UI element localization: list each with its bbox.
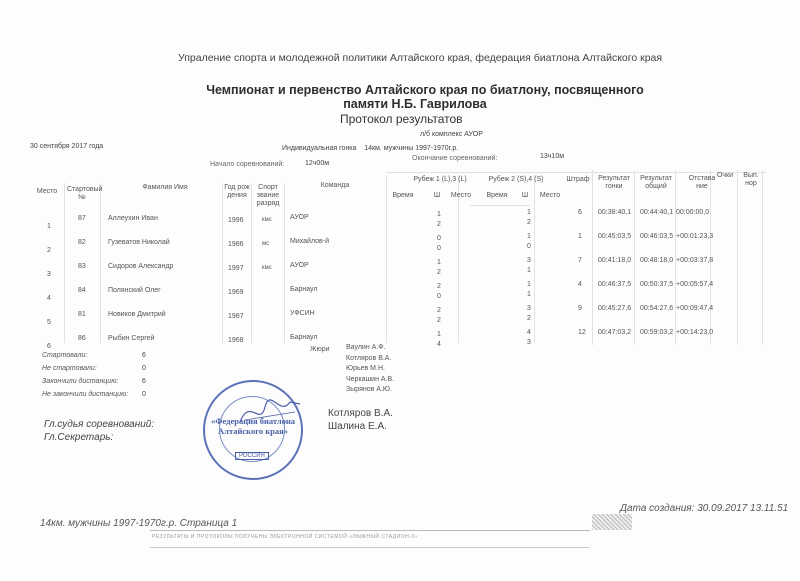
race-description: Индивидуальная гонка 14км. мужчины 1997-… (282, 145, 458, 152)
cell-team: Барнаул (290, 286, 318, 293)
cell-bib: 81 (78, 311, 86, 318)
software-logo-icon (592, 514, 632, 530)
cell-range1-misses: 0 (437, 235, 441, 242)
cell-total-result: 00:46:03,5 (640, 233, 673, 240)
creation-date: Дата создания: 30.09.2017 13.11.51 (620, 503, 788, 514)
cell-range1-misses: 2 (437, 269, 441, 276)
cell-gap: +00:05:57,4 (676, 281, 713, 288)
cell-gap: +00:09:47,4 (676, 305, 713, 312)
cell-range1-misses: 4 (437, 341, 441, 348)
chief-judge-name: Котляров В.А. (328, 407, 393, 420)
title-line-2: памяти Н.Б. Гаврилова (30, 97, 800, 111)
venue: л/б комплекс АУОР (420, 131, 483, 138)
jury-member: Ваулин А.Ф. (346, 343, 394, 354)
header-range1-place: Место (446, 192, 476, 200)
stat-label: Не стартовали: (42, 365, 97, 372)
cell-range2-misses: 3 (527, 257, 531, 264)
cell-range1-misses: 2 (437, 307, 441, 314)
cell-place: 5 (47, 319, 51, 326)
cell-place: 6 (47, 343, 51, 350)
header-team: Команда (290, 182, 380, 190)
document-title: Чемпионат и первенство Алтайского края п… (0, 83, 800, 111)
software-line: РЕЗУЛЬТАТЫ И ПРОТОКОЛЫ ПОЛУЧЕНЫ ЭЛЕКТРОН… (152, 534, 418, 540)
header-range-1: Рубеж 1 (L),3 (L) (400, 176, 480, 184)
header-place: Место (30, 188, 64, 196)
cell-birth-year: 1986 (228, 241, 244, 248)
cell-race-result: 00:38:40,1 (598, 209, 631, 216)
cell-place: 3 (47, 271, 51, 278)
header-bib: Стартовый № (67, 186, 97, 202)
cell-bib: 82 (78, 239, 86, 246)
cell-bib: 84 (78, 287, 86, 294)
title-line-1: Чемпионат и первенство Алтайского края п… (50, 83, 800, 97)
cell-name: Гузеватов Николай (108, 239, 170, 246)
cell-range2-misses: 4 (527, 329, 531, 336)
stat-label: Стартовали: (42, 352, 87, 359)
cell-birth-year: 1997 (228, 265, 244, 272)
jury-member: Черкашин А.В. (346, 375, 394, 386)
cell-range2-misses: 1 (527, 291, 531, 298)
cell-range1-misses: 1 (437, 211, 441, 218)
cell-penalty: 6 (578, 209, 582, 216)
cell-rank: мс (262, 241, 269, 247)
cell-race-result: 00:46:37,5 (598, 281, 631, 288)
start-value: 12ч00м (305, 160, 329, 167)
cell-range2-misses: 0 (527, 243, 531, 250)
stat-value: 6 (142, 378, 146, 385)
stat-value: 0 (142, 391, 146, 398)
stamp-country: РОССИЯ (235, 452, 269, 460)
cell-place: 1 (47, 223, 51, 230)
cell-race-result: 00:41:18,0 (598, 257, 631, 264)
header-range-2: Рубеж 2 (S),4 (S) (476, 176, 556, 184)
cell-name: Полянский Олег (108, 287, 161, 294)
stat-value: 0 (142, 365, 146, 372)
header-rank: Спорт звание разряд (253, 184, 283, 208)
header-range2-misses: Ш (520, 192, 530, 200)
cell-penalty: 1 (578, 233, 582, 240)
cell-name: Рыбин Сергей (108, 335, 154, 342)
cell-rank: кмс (262, 265, 272, 271)
cell-range2-misses: 1 (527, 281, 531, 288)
cell-penalty: 7 (578, 257, 582, 264)
cell-total-result: 00:48:18,0 (640, 257, 673, 264)
jury-member: Юрьев М.Н. (346, 364, 394, 375)
event-date: 30 сентября 2017 года (30, 143, 103, 150)
cell-place: 2 (47, 247, 51, 254)
cell-range1-misses: 1 (437, 259, 441, 266)
cell-range2-misses: 3 (527, 339, 531, 346)
header-total-result: Результат общий (636, 175, 676, 191)
secretary-name: Шалина Е.А. (328, 420, 387, 433)
jury-member: Котляров В.А. (346, 354, 394, 365)
cell-range2-misses: 2 (527, 219, 531, 226)
cell-range1-misses: 2 (437, 221, 441, 228)
jury-label: Жюри (310, 345, 330, 356)
cell-team: УФСИН (290, 310, 315, 317)
cell-total-result: 00:44:40,1 (640, 209, 673, 216)
cell-range2-misses: 1 (527, 233, 531, 240)
cell-name: Аллеухин Иван (108, 215, 158, 222)
cell-race-result: 00:45:27,6 (598, 305, 631, 312)
cell-place: 4 (47, 295, 51, 302)
cell-gap: 00:00:00,0 (676, 209, 709, 216)
stat-label: Закончили дистанцию: (42, 378, 118, 385)
header-range2-time: Время (482, 192, 512, 200)
page-info: 14км. мужчины 1997-1970г.р. Страница 1 (40, 518, 237, 529)
cell-team: Барнаул (290, 334, 318, 341)
header-range2-place: Место (535, 192, 565, 200)
cell-total-result: 00:50:37,5 (640, 281, 673, 288)
cell-penalty: 9 (578, 305, 582, 312)
header-points: Очки (713, 172, 737, 180)
cell-total-result: 00:54:27,6 (640, 305, 673, 312)
header-range1-misses: Ш (432, 192, 442, 200)
cell-range2-misses: 1 (527, 267, 531, 274)
cell-birth-year: 1969 (228, 289, 244, 296)
cell-birth-year: 1987 (228, 313, 244, 320)
cell-gap: +00:01:23,3 (676, 233, 713, 240)
cell-rank: кмс (262, 217, 272, 223)
cell-gap: +00:14:23,0 (676, 329, 713, 336)
cell-birth-year: 1996 (228, 217, 244, 224)
stat-label: Не закончили дистанцию: (42, 391, 128, 398)
protocol-heading: Протокол результатов (340, 112, 463, 126)
header-birth-year: Год рождения (224, 184, 250, 200)
stat-value: 6 (142, 352, 146, 359)
header-name: Фамилия Имя (110, 184, 220, 192)
end-value: 13ч10м (540, 153, 564, 160)
cell-range1-misses: 2 (437, 317, 441, 324)
secretary-label: Гл.Секретарь: (44, 431, 113, 444)
header-gap: Отставание (688, 175, 716, 191)
cell-range1-misses: 0 (437, 245, 441, 252)
chief-judge-label: Гл.судья соревнований: (44, 418, 154, 431)
header-penalty: Штраф (563, 176, 593, 184)
cell-range1-misses: 0 (437, 293, 441, 300)
cell-team: АУОР (290, 262, 309, 269)
cell-team: АУОР (290, 214, 309, 221)
cell-penalty: 4 (578, 281, 582, 288)
federation-stamp: «Федерация биатлона Алтайского края» РОС… (203, 380, 303, 480)
signature-icon (235, 392, 305, 432)
organization-line: Упраление спорта и молодежной политики А… (178, 52, 662, 64)
cell-range2-misses: 2 (527, 315, 531, 322)
cell-penalty: 12 (578, 329, 586, 336)
header-race-result: Результат гонки (594, 175, 634, 191)
cell-bib: 87 (78, 215, 86, 222)
cell-total-result: 00:59:03,2 (640, 329, 673, 336)
cell-race-result: 00:45:03,5 (598, 233, 631, 240)
end-label: Окончание соревнований: (412, 155, 497, 162)
header-range1-time: Время (388, 192, 418, 200)
cell-team: Михайлов-й (290, 238, 329, 245)
cell-range1-misses: 2 (437, 283, 441, 290)
header-fulfilled: Вып. нор (740, 172, 762, 188)
cell-range1-misses: 1 (437, 331, 441, 338)
cell-birth-year: 1968 (228, 337, 244, 344)
cell-range2-misses: 1 (527, 209, 531, 216)
start-label: Начало соревнований: (210, 161, 284, 168)
cell-bib: 83 (78, 263, 86, 270)
jury-list: Ваулин А.Ф.Котляров В.А.Юрьев М.Н.Черкаш… (346, 343, 394, 396)
cell-name: Новиков Дмитрий (108, 311, 166, 318)
cell-name: Сидоров Александр (108, 263, 173, 270)
cell-gap: +00:03:37,8 (676, 257, 713, 264)
cell-range2-misses: 3 (527, 305, 531, 312)
cell-race-result: 00:47:03,2 (598, 329, 631, 336)
jury-member: Зырянов А.Ю. (346, 385, 394, 396)
cell-bib: 86 (78, 335, 86, 342)
